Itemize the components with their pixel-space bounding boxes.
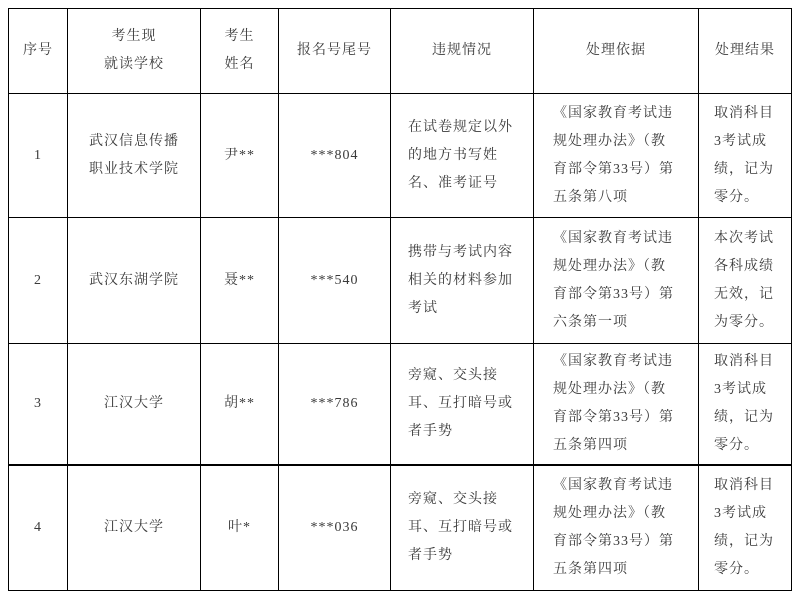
cell-index: 3: [9, 344, 68, 465]
cell-school: 武汉东湖学院: [68, 218, 201, 344]
cell-index: 1: [9, 94, 68, 218]
cell-violation: 旁窥、交头接耳、互打暗号或者手势: [391, 465, 534, 591]
page: 序号 考生现 就读学校 考生 姓名 报名号尾号 违规情况 处理依据 处理结果 1…: [0, 0, 800, 599]
cell-school: 江汉大学: [68, 465, 201, 591]
cell-violation: 旁窥、交头接耳、互打暗号或者手势: [391, 344, 534, 465]
cell-reg-tail: ***540: [279, 218, 391, 344]
col-header-basis: 处理依据: [534, 9, 699, 94]
col-header-school: 考生现 就读学校: [68, 9, 201, 94]
cell-basis: 《国家教育考试违规处理办法》（教育部令第33号）第五条第八项: [534, 94, 699, 218]
cell-name: 尹**: [201, 94, 279, 218]
cell-basis: 《国家教育考试违规处理办法》（教育部令第33号）第五条第四项: [534, 465, 699, 591]
cell-reg-tail: ***036: [279, 465, 391, 591]
table-row: 4 江汉大学 叶* ***036 旁窥、交头接耳、互打暗号或者手势 《国家教育考…: [9, 465, 792, 591]
cell-school: 江汉大学: [68, 344, 201, 465]
cell-reg-tail: ***804: [279, 94, 391, 218]
violation-table: 序号 考生现 就读学校 考生 姓名 报名号尾号 违规情况 处理依据 处理结果 1…: [8, 8, 792, 591]
cell-violation: 携带与考试内容相关的材料参加考试: [391, 218, 534, 344]
cell-index: 4: [9, 465, 68, 591]
cell-result: 取消科目3考试成绩，记为零分。: [699, 344, 792, 465]
cell-index: 2: [9, 218, 68, 344]
cell-reg-tail: ***786: [279, 344, 391, 465]
col-header-name: 考生 姓名: [201, 9, 279, 94]
header-row: 序号 考生现 就读学校 考生 姓名 报名号尾号 违规情况 处理依据 处理结果: [9, 9, 792, 94]
cell-basis: 《国家教育考试违规处理办法》（教育部令第33号）第六条第一项: [534, 218, 699, 344]
cell-result: 取消科目3考试成绩，记为零分。: [699, 94, 792, 218]
col-header-violation: 违规情况: [391, 9, 534, 94]
cell-name: 聂**: [201, 218, 279, 344]
cell-name: 叶*: [201, 465, 279, 591]
cell-name: 胡**: [201, 344, 279, 465]
col-header-reg-tail: 报名号尾号: [279, 9, 391, 94]
table-row: 2 武汉东湖学院 聂** ***540 携带与考试内容相关的材料参加考试 《国家…: [9, 218, 792, 344]
cell-result: 取消科目3考试成绩，记为零分。: [699, 465, 792, 591]
cell-basis: 《国家教育考试违规处理办法》（教育部令第33号）第五条第四项: [534, 344, 699, 465]
cell-school: 武汉信息传播职业技术学院: [68, 94, 201, 218]
col-header-index: 序号: [9, 9, 68, 94]
table-row: 1 武汉信息传播职业技术学院 尹** ***804 在试卷规定以外的地方书写姓名…: [9, 94, 792, 218]
cell-violation: 在试卷规定以外的地方书写姓名、准考证号: [391, 94, 534, 218]
col-header-result: 处理结果: [699, 9, 792, 94]
table-row: 3 江汉大学 胡** ***786 旁窥、交头接耳、互打暗号或者手势 《国家教育…: [9, 344, 792, 465]
cell-result: 本次考试各科成绩无效，记为零分。: [699, 218, 792, 344]
